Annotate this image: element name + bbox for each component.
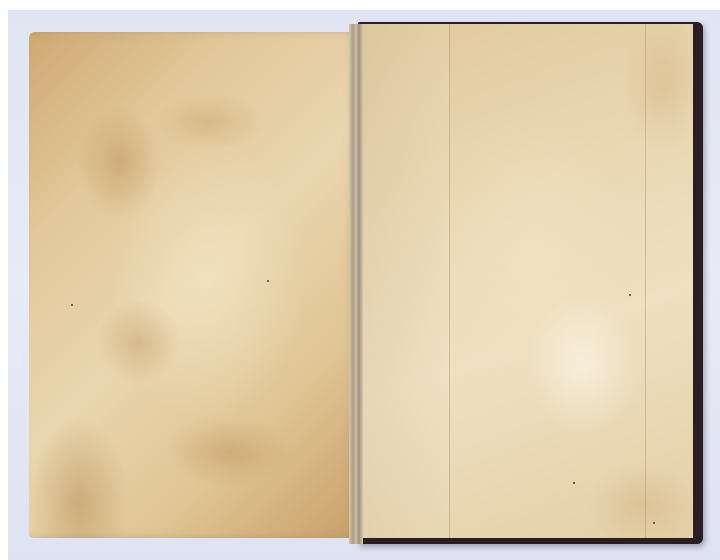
foxing-speck xyxy=(71,304,73,306)
foxing-speck xyxy=(573,482,575,484)
hinge-flap xyxy=(363,24,449,538)
fold-line xyxy=(645,24,646,538)
foxing-speck xyxy=(629,294,631,296)
photo xyxy=(8,10,720,560)
right-endpaper xyxy=(363,24,693,538)
foxing-speck xyxy=(653,522,655,524)
book-gutter xyxy=(349,24,363,544)
foxing-speck xyxy=(267,280,269,282)
left-endpaper xyxy=(29,32,357,538)
fold-line xyxy=(449,24,450,538)
open-book xyxy=(8,10,720,560)
